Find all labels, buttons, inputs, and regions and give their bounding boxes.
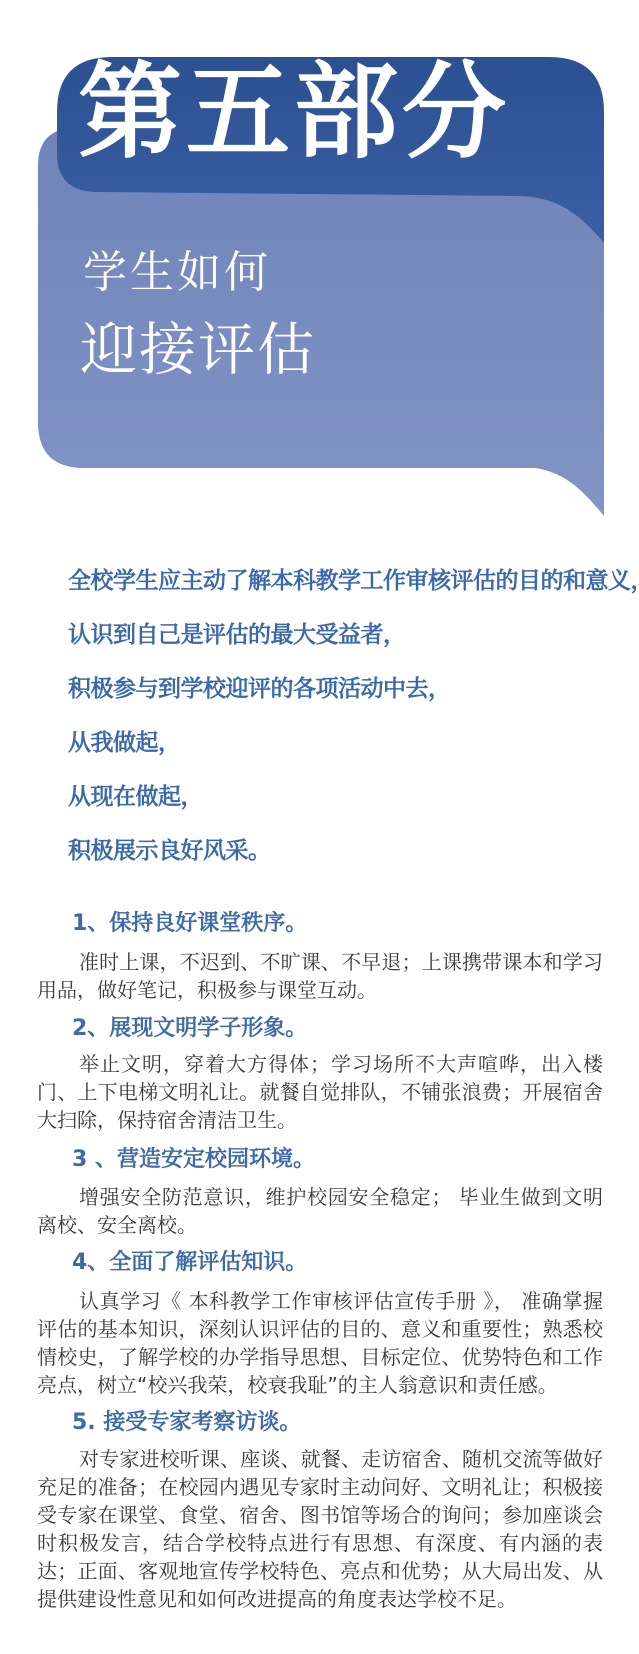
intro-statement: 从我做起， bbox=[68, 728, 613, 758]
section-body-4: 认真学习《 本科教学工作审核评估宣传手册 》， 准确掌握评估的基本知识，深刻认识… bbox=[37, 1287, 603, 1399]
section-heading-3: 3 、营造安定校园环境。 bbox=[72, 1146, 592, 1174]
section-heading-5: 5. 接受专家考察访谈。 bbox=[72, 1409, 592, 1437]
intro-statement: 认识到自己是评估的最大受益者， bbox=[68, 620, 613, 650]
section-body-2: 举止文明，穿着大方得体；学习场所不大声喧哗，出入楼门、上下电梯文明礼让。就餐自觉… bbox=[37, 1050, 603, 1134]
section-heading-1: 1、保持良好课堂秩序。 bbox=[72, 910, 592, 938]
header-subtitle-line2: 迎接评估 bbox=[80, 318, 316, 384]
poster-page: 第五部分 学生如何 迎接评估 全校学生应主动了解本科教学工作审核评估的目的和意义… bbox=[0, 0, 639, 1654]
section-body-1: 准时上课，不迟到、不旷课、不早退；上课携带课本和学习用品，做好笔记，积极参与课堂… bbox=[37, 948, 603, 1004]
part-title: 第五部分 bbox=[78, 54, 618, 170]
header-subtitle-line1: 学生如何 bbox=[83, 248, 271, 299]
section-body-3: 增强安全防范意识，维护校园安全稳定； 毕业生做到文明离校、安全离校。 bbox=[37, 1183, 603, 1239]
intro-statement: 积极参与到学校迎评的各项活动中去， bbox=[68, 674, 613, 704]
intro-statement: 全校学生应主动了解本科教学工作审核评估的目的和意义， bbox=[68, 566, 613, 596]
section-heading-4: 4、全面了解评估知识。 bbox=[72, 1249, 592, 1277]
section-body-5: 对专家进校听课、座谈、就餐、走访宿舍、随机交流等做好充足的准备；在校园内遇见专家… bbox=[37, 1445, 603, 1613]
intro-statement: 积极展示良好风采。 bbox=[68, 836, 613, 866]
intro-statement: 从现在做起， bbox=[68, 782, 613, 812]
section-heading-2: 2、展现文明学子形象。 bbox=[72, 1015, 592, 1043]
